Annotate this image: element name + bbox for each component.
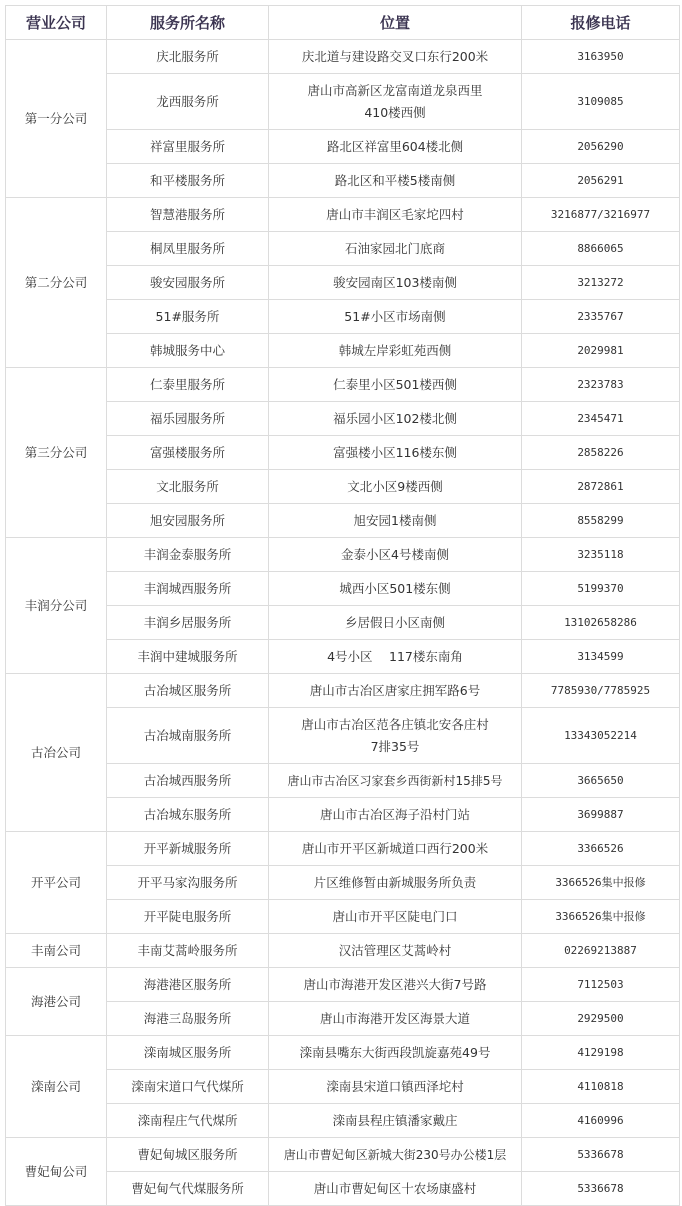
table-row: 第三分公司 仁泰里服务所 仁泰里小区501楼西侧 2323783 [6,368,680,402]
station-name: 骏安园服务所 [107,266,269,300]
station-phone: 02269213887 [522,934,680,968]
table-container: 营业公司 服务所名称 位置 报修电话 第一分公司 庆北服务所 庆北道与建设路交叉… [5,5,680,1206]
table-row: 丰润分公司 丰润金泰服务所 金泰小区4号楼南侧 3235118 [6,538,680,572]
header-company: 营业公司 [6,6,107,40]
station-name: 丰润城西服务所 [107,572,269,606]
station-name: 智慧港服务所 [107,198,269,232]
station-phone: 3235118 [522,538,680,572]
station-name: 古冶城区服务所 [107,674,269,708]
table-row: 文北服务所 文北小区9楼西侧 2872861 [6,470,680,504]
table-row: 福乐园服务所 福乐园小区102楼北侧 2345471 [6,402,680,436]
company-cell: 曹妃甸公司 [6,1138,107,1206]
table-row: 旭安园服务所 旭安园1楼南侧 8558299 [6,504,680,538]
station-name: 丰润金泰服务所 [107,538,269,572]
station-name: 韩城服务中心 [107,334,269,368]
station-phone: 2345471 [522,402,680,436]
station-name: 福乐园服务所 [107,402,269,436]
table-row: 滦南公司 滦南城区服务所 滦南县嘴东大街西段凯旋嘉苑49号 4129198 [6,1036,680,1070]
station-name: 桐凤里服务所 [107,232,269,266]
station-location: 仁泰里小区501楼西侧 [269,368,522,402]
company-cell: 第二分公司 [6,198,107,368]
station-name: 古冶城南服务所 [107,708,269,764]
table-row: 桐凤里服务所 石油家园北门底商 8866065 [6,232,680,266]
station-name: 丰南艾蒿岭服务所 [107,934,269,968]
station-location: 唐山市高新区龙富南道龙泉西里410楼西侧 [269,74,522,130]
station-phone: 3366526 [522,832,680,866]
station-phone: 8866065 [522,232,680,266]
station-phone: 4129198 [522,1036,680,1070]
station-location: 旭安园1楼南侧 [269,504,522,538]
station-location: 唐山市海港开发区海景大道 [269,1002,522,1036]
station-phone: 13343052214 [522,708,680,764]
company-cell: 海港公司 [6,968,107,1036]
table-row: 古冶城东服务所 唐山市古冶区海子沿村门站 3699887 [6,798,680,832]
station-phone: 3216877/3216977 [522,198,680,232]
table-row: 51#服务所 51#小区市场南侧 2335767 [6,300,680,334]
station-name: 滦南宋道口气代煤所 [107,1070,269,1104]
station-name: 曹妃甸气代煤服务所 [107,1172,269,1206]
station-phone: 7785930/7785925 [522,674,680,708]
table-row: 龙西服务所 唐山市高新区龙富南道龙泉西里410楼西侧 3109085 [6,74,680,130]
table-row: 丰南公司 丰南艾蒿岭服务所 汉沽管理区艾蒿岭村 02269213887 [6,934,680,968]
station-location: 唐山市海港开发区港兴大街7号路 [269,968,522,1002]
repair-stations-table: 营业公司 服务所名称 位置 报修电话 第一分公司 庆北服务所 庆北道与建设路交叉… [5,5,680,1206]
location-line-2: 410楼西侧 [271,102,519,124]
station-location: 富强楼小区116楼东侧 [269,436,522,470]
station-location: 福乐园小区102楼北侧 [269,402,522,436]
station-name: 滦南程庄气代煤所 [107,1104,269,1138]
station-location: 滦南县程庄镇潘家戴庄 [269,1104,522,1138]
station-location: 路北区和平楼5楼南侧 [269,164,522,198]
station-name: 开平新城服务所 [107,832,269,866]
station-name: 滦南城区服务所 [107,1036,269,1070]
station-location: 51#小区市场南侧 [269,300,522,334]
table-row: 丰润中建城服务所 4号小区 117楼东南角 3134599 [6,640,680,674]
station-name: 丰润乡居服务所 [107,606,269,640]
station-phone: 5336678 [522,1138,680,1172]
company-cell: 丰南公司 [6,934,107,968]
station-name: 文北服务所 [107,470,269,504]
station-name: 丰润中建城服务所 [107,640,269,674]
station-location: 乡居假日小区南侧 [269,606,522,640]
station-location: 骏安园南区103楼南侧 [269,266,522,300]
station-location: 唐山市古冶区海子沿村门站 [269,798,522,832]
table-row: 第二分公司 智慧港服务所 唐山市丰润区毛家坨四村 3216877/3216977 [6,198,680,232]
station-location: 城西小区501楼东侧 [269,572,522,606]
station-phone: 3163950 [522,40,680,74]
station-name: 祥富里服务所 [107,130,269,164]
table-row: 第一分公司 庆北服务所 庆北道与建设路交叉口东行200米 3163950 [6,40,680,74]
station-phone: 3665650 [522,764,680,798]
station-name: 仁泰里服务所 [107,368,269,402]
station-location: 4号小区 117楼东南角 [269,640,522,674]
company-cell: 第一分公司 [6,40,107,198]
station-phone: 2858226 [522,436,680,470]
location-line-2: 7排35号 [271,736,519,758]
table-row: 海港公司 海港港区服务所 唐山市海港开发区港兴大街7号路 7112503 [6,968,680,1002]
station-location: 韩城左岸彩虹苑西侧 [269,334,522,368]
station-location: 路北区祥富里604楼北侧 [269,130,522,164]
table-row: 古冶城西服务所 唐山市古冶区习家套乡西街新村15排5号 3665650 [6,764,680,798]
station-location: 金泰小区4号楼南侧 [269,538,522,572]
station-phone: 3109085 [522,74,680,130]
station-name: 古冶城东服务所 [107,798,269,832]
station-name: 古冶城西服务所 [107,764,269,798]
table-row: 富强楼服务所 富强楼小区116楼东侧 2858226 [6,436,680,470]
table-row: 滦南宋道口气代煤所 滦南县宋道口镇西泽坨村 4110818 [6,1070,680,1104]
station-phone: 2323783 [522,368,680,402]
station-location: 庆北道与建设路交叉口东行200米 [269,40,522,74]
table-row: 海港三岛服务所 唐山市海港开发区海景大道 2929500 [6,1002,680,1036]
station-phone: 7112503 [522,968,680,1002]
station-phone: 3366526集中报修 [522,900,680,934]
station-name: 和平楼服务所 [107,164,269,198]
header-phone: 报修电话 [522,6,680,40]
station-phone: 4160996 [522,1104,680,1138]
header-station-name: 服务所名称 [107,6,269,40]
station-location: 唐山市丰润区毛家坨四村 [269,198,522,232]
station-name: 51#服务所 [107,300,269,334]
station-phone: 5336678 [522,1172,680,1206]
station-phone: 3134599 [522,640,680,674]
station-location: 汉沽管理区艾蒿岭村 [269,934,522,968]
table-row: 韩城服务中心 韩城左岸彩虹苑西侧 2029981 [6,334,680,368]
station-location: 唐山市曹妃甸区新城大街230号办公楼1层 [269,1138,522,1172]
table-row: 曹妃甸气代煤服务所 唐山市曹妃甸区十农场康盛村 5336678 [6,1172,680,1206]
table-row: 古冶公司 古冶城区服务所 唐山市古冶区唐家庄拥军路6号 7785930/7785… [6,674,680,708]
station-location: 文北小区9楼西侧 [269,470,522,504]
table-row: 丰润乡居服务所 乡居假日小区南侧 13102658286 [6,606,680,640]
station-name: 旭安园服务所 [107,504,269,538]
station-location: 唐山市古冶区习家套乡西街新村15排5号 [269,764,522,798]
station-location: 唐山市古冶区范各庄镇北安各庄村7排35号 [269,708,522,764]
station-name: 开平马家沟服务所 [107,866,269,900]
station-phone: 3699887 [522,798,680,832]
station-phone: 2872861 [522,470,680,504]
station-location: 滦南县嘴东大街西段凯旋嘉苑49号 [269,1036,522,1070]
company-cell: 丰润分公司 [6,538,107,674]
station-phone: 2335767 [522,300,680,334]
table-row: 开平公司 开平新城服务所 唐山市开平区新城道口西行200米 3366526 [6,832,680,866]
station-name: 开平陡电服务所 [107,900,269,934]
header-row: 营业公司 服务所名称 位置 报修电话 [6,6,680,40]
station-phone: 2929500 [522,1002,680,1036]
station-location: 片区维修暂由新城服务所负责 [269,866,522,900]
table-row: 丰润城西服务所 城西小区501楼东侧 5199370 [6,572,680,606]
station-location: 唐山市曹妃甸区十农场康盛村 [269,1172,522,1206]
table-row: 骏安园服务所 骏安园南区103楼南侧 3213272 [6,266,680,300]
station-name: 曹妃甸城区服务所 [107,1138,269,1172]
station-phone: 4110818 [522,1070,680,1104]
location-line-1: 唐山市古冶区范各庄镇北安各庄村 [271,714,519,736]
station-name: 龙西服务所 [107,74,269,130]
company-cell: 滦南公司 [6,1036,107,1138]
company-cell: 第三分公司 [6,368,107,538]
table-row: 曹妃甸公司 曹妃甸城区服务所 唐山市曹妃甸区新城大街230号办公楼1层 5336… [6,1138,680,1172]
station-location: 唐山市开平区陡电门口 [269,900,522,934]
station-phone: 2056291 [522,164,680,198]
station-phone: 3213272 [522,266,680,300]
station-name: 海港港区服务所 [107,968,269,1002]
header-location: 位置 [269,6,522,40]
station-location: 唐山市开平区新城道口西行200米 [269,832,522,866]
location-line-1: 唐山市高新区龙富南道龙泉西里 [271,80,519,102]
table-row: 古冶城南服务所 唐山市古冶区范各庄镇北安各庄村7排35号 13343052214 [6,708,680,764]
station-name: 海港三岛服务所 [107,1002,269,1036]
table-row: 滦南程庄气代煤所 滦南县程庄镇潘家戴庄 4160996 [6,1104,680,1138]
station-phone: 13102658286 [522,606,680,640]
station-location: 唐山市古冶区唐家庄拥军路6号 [269,674,522,708]
table-row: 开平陡电服务所 唐山市开平区陡电门口 3366526集中报修 [6,900,680,934]
station-phone: 8558299 [522,504,680,538]
company-cell: 开平公司 [6,832,107,934]
table-row: 和平楼服务所 路北区和平楼5楼南侧 2056291 [6,164,680,198]
table-row: 祥富里服务所 路北区祥富里604楼北侧 2056290 [6,130,680,164]
station-phone: 5199370 [522,572,680,606]
company-cell: 古冶公司 [6,674,107,832]
table-row: 开平马家沟服务所 片区维修暂由新城服务所负责 3366526集中报修 [6,866,680,900]
station-phone: 2029981 [522,334,680,368]
station-location: 石油家园北门底商 [269,232,522,266]
station-phone: 3366526集中报修 [522,866,680,900]
station-name: 庆北服务所 [107,40,269,74]
station-location: 滦南县宋道口镇西泽坨村 [269,1070,522,1104]
station-name: 富强楼服务所 [107,436,269,470]
station-phone: 2056290 [522,130,680,164]
